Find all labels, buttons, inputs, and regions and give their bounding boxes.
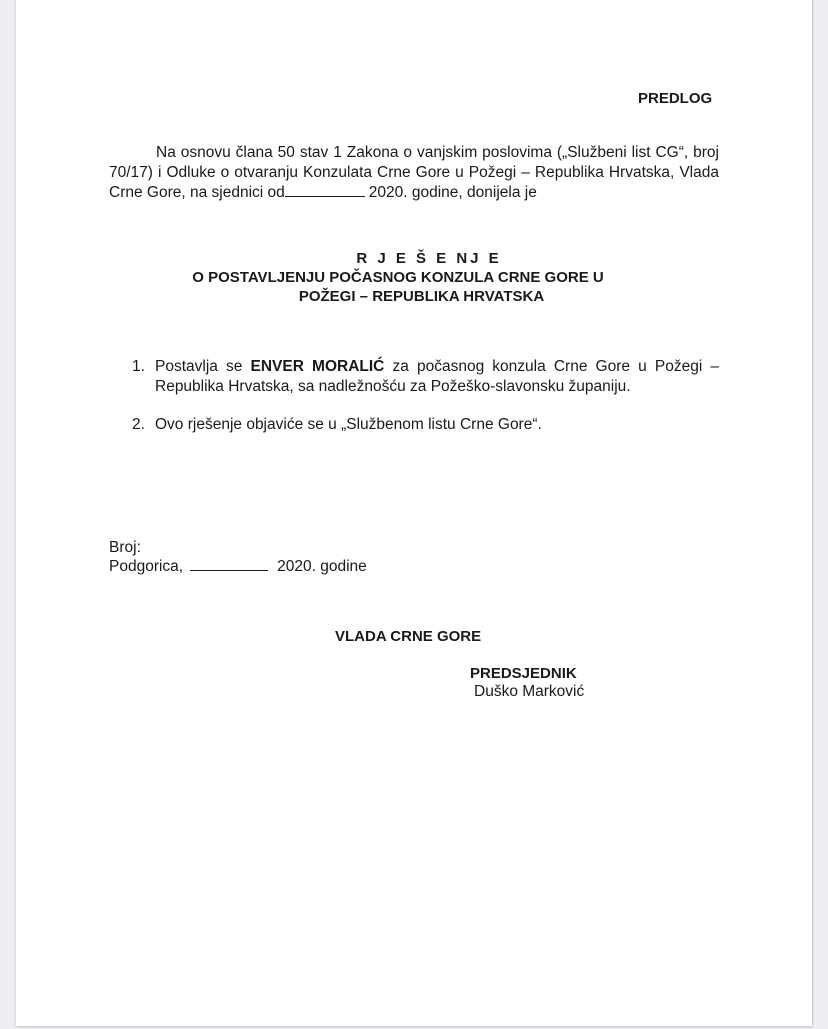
- decision-title-line: POŽEGI – REPUBLIKA HRVATSKA: [94, 287, 749, 306]
- decision-title-line: O POSTAVLJENJU POČASNOG KONZULA CRNE GOR…: [47, 268, 749, 287]
- appointee-name: ENVER MORALIĆ: [251, 358, 385, 375]
- date-blank: [190, 556, 268, 571]
- signer-role: PREDSJEDNIK: [470, 664, 577, 684]
- decision-title-word: R J E Š E NJ E: [109, 249, 749, 268]
- place-date-line: Podgorica,2020. godine: [109, 556, 367, 577]
- item-number: 2.: [132, 415, 145, 435]
- issuer: VLADA CRNE GORE: [335, 627, 481, 647]
- date-suffix: 2020. godine: [277, 558, 367, 575]
- place: Podgorica,: [109, 558, 183, 575]
- item-number: 1.: [132, 357, 145, 377]
- item-text: Postavlja se: [155, 358, 242, 375]
- decision-title: R J E Š E NJ E O POSTAVLJENJU POČASNOG K…: [109, 249, 749, 306]
- signer-name: Duško Marković: [474, 682, 584, 702]
- document-content: PREDLOG Na osnovu člana 50 stav 1 Zakona…: [0, 0, 828, 1029]
- decision-item: 1. Postavlja se ENVER MORALIĆ za počasno…: [109, 357, 719, 396]
- preamble-text-end: 2020. godine, donijela je: [369, 184, 537, 201]
- decision-item: 2. Ovo rješenje objaviće se u „Službenom…: [109, 415, 719, 435]
- session-date-blank: [285, 182, 365, 197]
- document-label: PREDLOG: [638, 89, 712, 109]
- item-text: Ovo rješenje objaviće se u „Službenom li…: [155, 416, 542, 433]
- preamble: Na osnovu člana 50 stav 1 Zakona o vanjs…: [109, 143, 719, 203]
- broj-label: Broj:: [109, 538, 141, 558]
- decision-items: 1. Postavlja se ENVER MORALIĆ za počasno…: [109, 357, 719, 454]
